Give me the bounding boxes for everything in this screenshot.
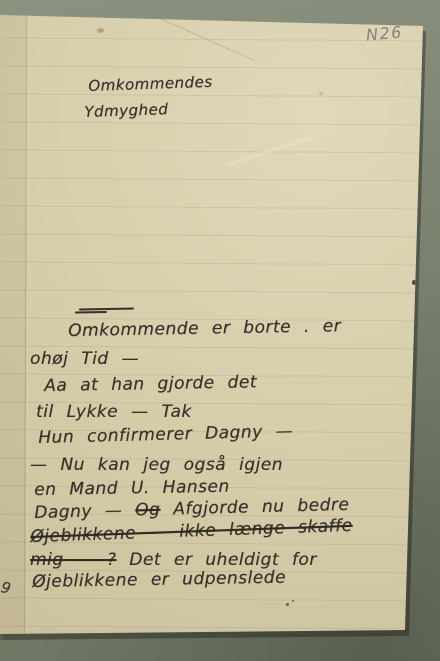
ink-speck: [292, 600, 294, 602]
handwritten-line: til Lykke — Tak: [36, 402, 192, 422]
line-text: — Nu kan jeg også igjen: [30, 455, 283, 475]
ink-speck: [286, 603, 289, 606]
line-text: Dagny —: [34, 500, 135, 523]
handwritten-line: ohøj Tid —: [30, 349, 139, 369]
foxing-stain: [97, 28, 104, 33]
handwritten-line: — Nu kan jeg også igjen: [30, 455, 283, 475]
struck-text: Og: [135, 500, 161, 521]
catalog-number: N26: [365, 22, 403, 44]
heading-line: Ydmyghed: [84, 100, 169, 121]
struck-text: mig — ?: [30, 550, 116, 570]
folded-leaf-strip: [0, 14, 26, 636]
line-text: Det er uheldigt for: [116, 550, 316, 570]
line-text: Aa at han gjorde det: [44, 372, 257, 396]
foxing-stain: [319, 92, 323, 95]
line-text: ohøj Tid —: [30, 349, 139, 369]
handwritten-line: Aa at han gjorde det: [44, 372, 257, 396]
line-text: til Lykke — Tak: [36, 402, 192, 422]
manuscript-page: N26 Omkommendes Ydmyghed Omkommende er b…: [0, 0, 440, 661]
line-text: en Mand U. Hansen: [34, 477, 230, 500]
photo-stage: N26 Omkommendes Ydmyghed Omkommende er b…: [0, 0, 440, 661]
handwritten-line: en Mand U. Hansen: [34, 477, 230, 500]
